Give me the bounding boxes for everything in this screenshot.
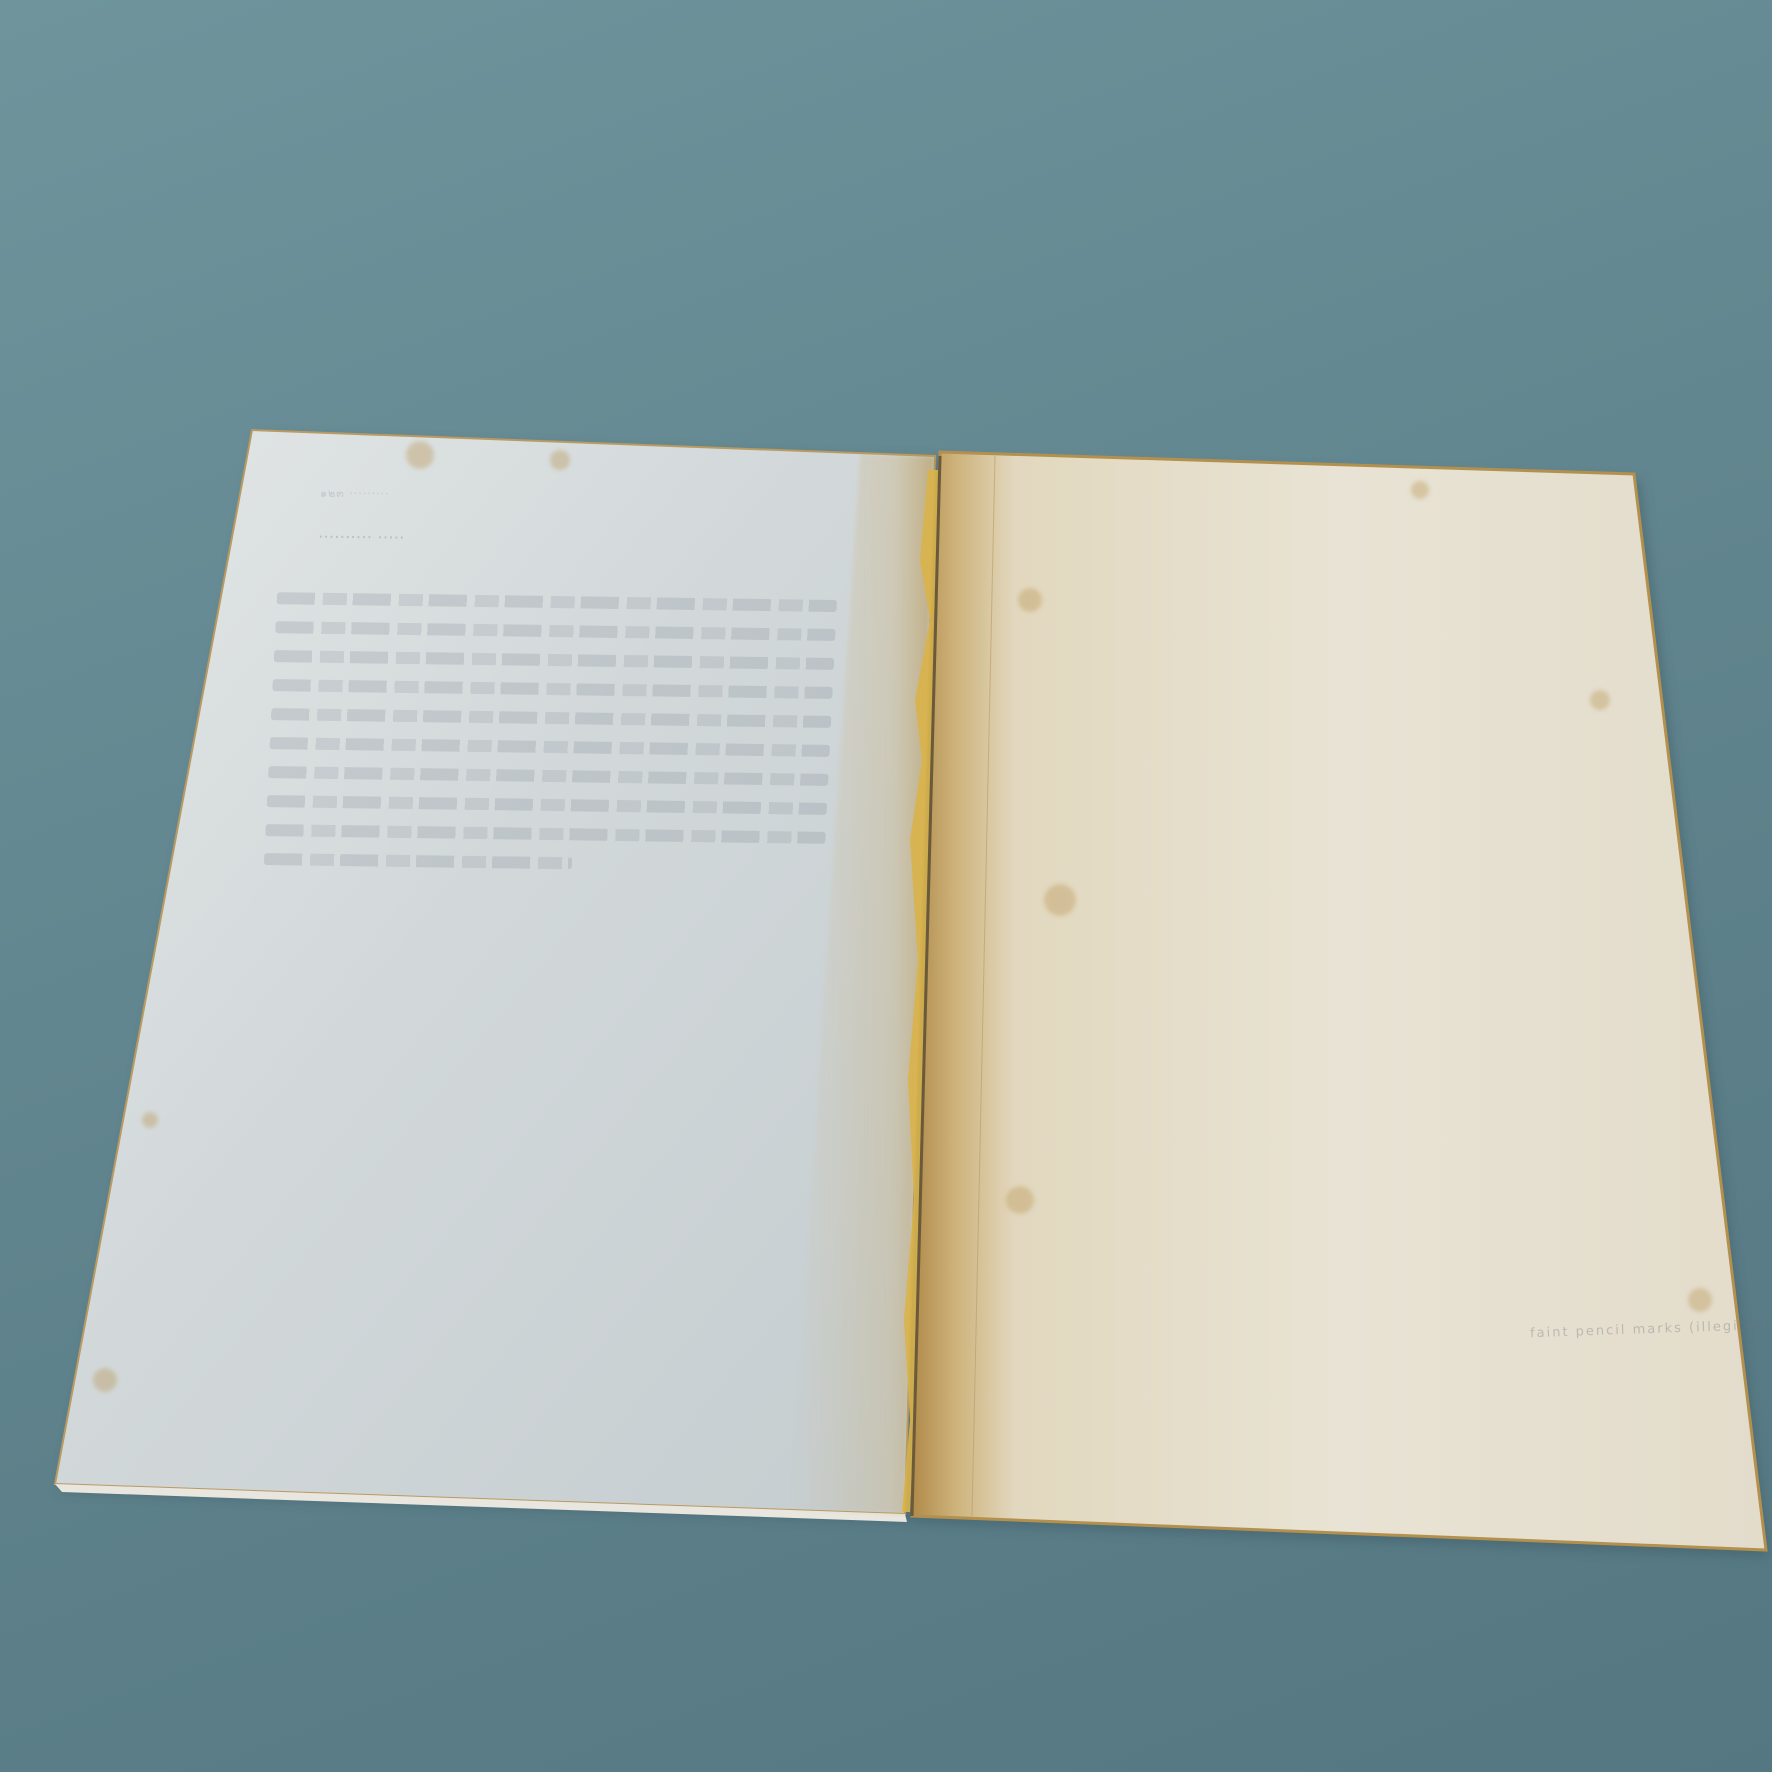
photo-scene: ๑๒๓ ········· ·········· ····· faint pen… [0, 0, 1772, 1772]
text-line [271, 708, 832, 728]
text-line [272, 679, 833, 699]
text-line [265, 824, 826, 844]
text-line [275, 621, 836, 641]
body-text-bleedthrough [263, 592, 837, 890]
text-line [268, 766, 829, 786]
running-head: ๑๒๓ ········· [320, 484, 390, 503]
text-line [267, 795, 828, 815]
text-line [264, 853, 573, 869]
text-line [269, 737, 830, 757]
text-line [274, 650, 835, 670]
right-page [912, 452, 1766, 1550]
open-book [0, 0, 1772, 1772]
chapter-title: ·········· ····· [318, 528, 405, 549]
